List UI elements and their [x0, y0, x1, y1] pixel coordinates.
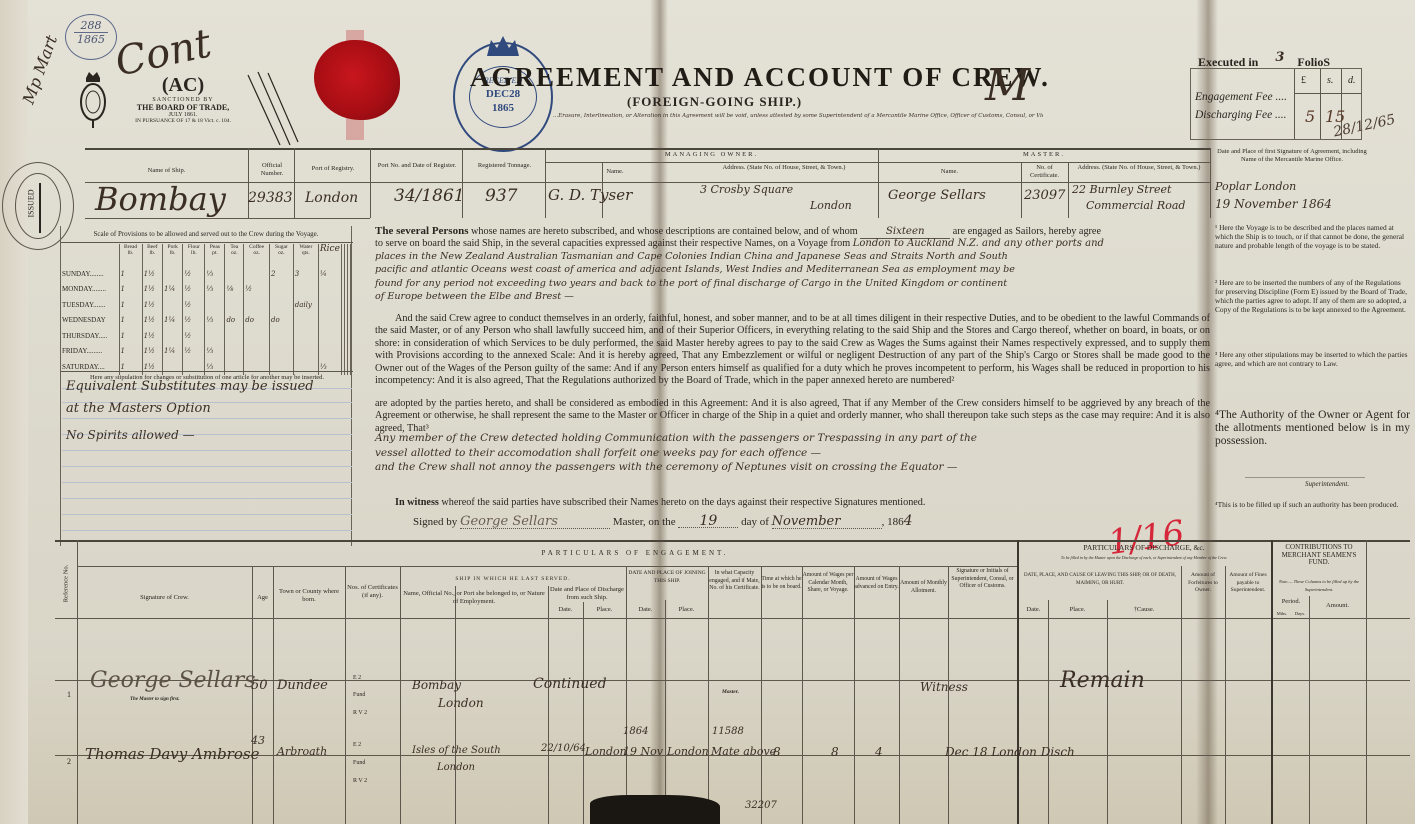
intro-text-3: to serve on board the said Ship, in the …	[375, 238, 850, 249]
alteration-notice: ...Erasure, Interlineation, or Alteratio…	[553, 113, 1043, 119]
stipulation-line: No Spirits allowed —	[66, 428, 195, 442]
discharging-fee-shillings: 5	[1305, 107, 1315, 126]
header-signature: Signature of Crew.	[77, 594, 252, 602]
owner-name: G. D. Tyser	[548, 186, 632, 204]
ration-value	[293, 313, 318, 329]
master-capacity: Master.	[722, 689, 739, 695]
form-code: (AC)	[118, 74, 248, 97]
ration-value: ⅓	[205, 282, 225, 298]
ration-value	[183, 359, 205, 375]
ration-value	[270, 328, 294, 344]
document-subtitle: (FOREIGN-GOING SHIP.)	[627, 94, 802, 110]
time-on-board: 8	[773, 745, 781, 759]
contributions-note: Note.— These Columns to be filled up by …	[1273, 578, 1365, 593]
last-discharge-date: 22/10/64	[541, 743, 586, 754]
ration-value: do	[244, 313, 270, 329]
ration-value	[163, 359, 183, 375]
ration-value: ½	[183, 297, 205, 313]
provisions-row: SATURDAY.... 1 1½ ⅓ ⅓	[61, 359, 353, 375]
header-time-on-board: Time at which he is to be on board.	[761, 576, 802, 591]
ration-value	[244, 266, 270, 282]
ration-value: 1¼	[163, 344, 183, 360]
agreement-body-2: are adopted by the parties hereto, and s…	[375, 398, 1210, 435]
initial-mark: M	[985, 60, 1030, 111]
first-signature-place: Poplar London	[1215, 180, 1296, 193]
provisions-title: Scale of Provisions to be allowed and se…	[61, 226, 351, 238]
wax-seal-icon	[314, 40, 400, 120]
folio-unit: FolioS	[1297, 55, 1330, 69]
number-below: 32207	[745, 800, 777, 811]
last-ship-port: London	[437, 762, 475, 773]
wages: 8	[831, 745, 839, 759]
ration-value	[270, 282, 294, 298]
extra-term-line: and the Crew shall not annoy the passeng…	[375, 461, 957, 473]
ration-value	[163, 266, 183, 282]
footnote-4: ⁴This is to be filled up if such an auth…	[1215, 500, 1410, 509]
header-joining-group: DATE AND PLACE OF JOINING THIS SHIP.	[626, 570, 708, 585]
ration-value: ⅛	[225, 282, 244, 298]
header-last-ship-group: SHIP IN WHICH HE LAST SERVED.	[400, 576, 626, 584]
col-coffee: Coffee oz.	[244, 244, 270, 266]
ink-stain	[590, 795, 720, 824]
witness-line: In witness whereof the said parties have…	[395, 497, 1195, 509]
port-of-registry: London	[305, 190, 358, 206]
col-flour: Flour lb.	[183, 244, 205, 266]
header-last-ship-name: Name, Official No., or Port she belonged…	[400, 590, 548, 605]
executed-label: Executed in	[1198, 55, 1258, 69]
ration-value	[205, 328, 225, 344]
master-on-label: Master, on the	[613, 516, 676, 528]
intro-text-2: are engaged as Sailors, hereby agree	[953, 226, 1101, 237]
header-port-registry: Port of Registry.	[296, 165, 370, 173]
provisions-row: MONDAY........ 1 1½ 1¼ ½ ⅓ ⅛ ½	[61, 282, 353, 298]
header-leaving-group: DATE, PLACE, AND CAUSE OF LEAVING THIS S…	[1019, 572, 1181, 587]
tonnage: 937	[485, 186, 517, 206]
crew-age: 50	[251, 678, 268, 693]
day-label: TUESDAY.......	[61, 297, 119, 313]
signed-day: 19	[678, 515, 738, 528]
footnote-2: ² Here are to be inserted the numbers of…	[1215, 278, 1410, 314]
header-leaving-place: Place.	[1048, 606, 1107, 614]
discharge-remark: Remain	[1060, 668, 1145, 693]
cert-label-e2: E 2	[353, 675, 361, 681]
day-label: WEDNESDAY	[61, 313, 119, 329]
col-bread: Bread lb.	[119, 244, 142, 266]
reference-number: 288	[66, 19, 116, 32]
ration-value	[318, 297, 341, 313]
ration-value: ¼	[318, 266, 341, 282]
fee-col-shillings: s.	[1327, 75, 1333, 86]
ration-value: 1½	[142, 313, 162, 329]
intro-text: whose names are hereto subscribed, and w…	[471, 226, 858, 237]
header-amount: Amount.	[1309, 602, 1366, 610]
crew-signature: George Sellars	[90, 668, 256, 693]
witness-mark: Witness	[920, 680, 968, 694]
allotment: 4	[875, 745, 883, 759]
crew-signature: Thomas Davy Ambrose	[85, 745, 259, 763]
ship-name: Bombay	[95, 180, 226, 218]
witness-text: whereof the said parties have subscribed…	[441, 497, 925, 508]
received-stamp: RECEIVED DEC28 1865	[453, 42, 553, 152]
ration-value: 1¼	[163, 313, 183, 329]
crew-born: Arbroath	[277, 745, 327, 758]
header-days: Days.	[1291, 610, 1309, 618]
header-superintendent-sig: Signature or Initials of Superintendent,…	[948, 568, 1017, 591]
provisions-row: TUESDAY....... 1 1½ ½ daily	[61, 297, 353, 313]
sanction-line-2: THE BOARD OF TRADE,	[118, 103, 248, 112]
ration-value: ⅓	[205, 266, 225, 282]
ration-value	[318, 282, 341, 298]
provisions-table: Bread lb. Beef lb. Pork lb. Flour lb. Pe…	[61, 244, 353, 375]
year-digit: 4	[904, 513, 913, 529]
ration-value: 1½	[142, 359, 162, 375]
reference-circle: 288 1865	[65, 14, 117, 60]
header-allotment: Amount of Monthly Allotment.	[899, 580, 948, 595]
ration-value: 3	[293, 266, 318, 282]
ration-value: 1	[119, 266, 142, 282]
header-last-discharge: Date and Place of Discharge from such Sh…	[548, 586, 626, 601]
ration-value	[270, 359, 294, 375]
header-owner-name: Name.	[545, 168, 685, 176]
discharge-subtitle: To be filled in by the Master upon the D…	[1019, 554, 1269, 562]
fee-col-pounds: £	[1301, 75, 1306, 86]
ration-value	[205, 297, 225, 313]
allotment-authority: ⁴The Authority of the Owner or Agent for…	[1215, 409, 1410, 448]
signed-by-name: George Sellars	[460, 516, 610, 529]
col-peas: Peas pt.	[205, 244, 225, 266]
extra-term-line: Any member of the Crew detected holding …	[375, 432, 977, 444]
ration-value: ½	[183, 282, 205, 298]
crew-born: Dundee	[277, 678, 328, 693]
port-no-date: 34/1861	[394, 186, 465, 206]
col-sugar: Sugar oz.	[270, 244, 294, 266]
ration-value	[270, 344, 294, 360]
header-joining-date: Date.	[626, 606, 665, 614]
header-last-discharge-date: Date.	[548, 606, 583, 614]
day-label: FRIDAY.........	[61, 344, 119, 360]
reference-year: 1865	[74, 32, 108, 46]
header-managing-owner: MANAGING OWNER.	[545, 151, 878, 159]
header-capacity: In what Capacity engaged, and if Mate, N…	[708, 570, 761, 593]
page-edge	[0, 0, 28, 824]
col-beef: Beef lb.	[142, 244, 162, 266]
intro-bold: The several Persons	[375, 225, 468, 237]
signed-line: Signed by George Sellars Master, on the …	[413, 515, 1213, 529]
voyage-line: London to Auckland N.Z. and any other po…	[853, 238, 1104, 249]
side-stamp-text: ISSUED	[27, 189, 36, 217]
ration-value	[318, 344, 341, 360]
header-leaving-date: Date.	[1019, 606, 1048, 614]
joining-year: 1864	[623, 726, 648, 737]
ration-value: 1½	[142, 344, 162, 360]
ration-value: 1	[119, 297, 142, 313]
ration-value: 1½	[142, 297, 162, 313]
engagement-fee-label: Engagement Fee ....	[1195, 91, 1287, 103]
day-label: MONDAY........	[61, 282, 119, 298]
stamp-crown-icon	[485, 34, 521, 60]
year-prefix: , 186	[882, 516, 904, 528]
master-note: The Master to sign first.	[130, 697, 180, 702]
folio-count: 3	[1275, 50, 1284, 65]
cert-label-fund: Fund	[353, 692, 365, 698]
header-tonnage: Registered Tonnage.	[464, 162, 545, 170]
header-age: Age	[252, 594, 273, 602]
contributions-title: CONTRIBUTIONS TO MERCHANT SEAMEN'S FUND.	[1273, 544, 1365, 567]
ration-value	[163, 328, 183, 344]
ration-value	[225, 344, 244, 360]
discharging-fee-label: Discharging Fee ....	[1195, 109, 1287, 121]
ration-value: do	[225, 313, 244, 329]
provisions-row: SUNDAY........ 1 1½ ½ ⅓ 2 3 ¼	[61, 266, 353, 282]
master-name: George Sellars	[888, 188, 986, 203]
ration-value	[244, 297, 270, 313]
voyage-line: found for any period not exceeding two y…	[375, 278, 1007, 289]
header-fines: Amount of Fines payable to Superintenden…	[1225, 572, 1271, 595]
ration-value	[318, 313, 341, 329]
ration-value	[244, 328, 270, 344]
provisions-row: WEDNESDAY 1 1½ 1¼ ½ ⅓ do do do	[61, 313, 353, 329]
ration-value: do	[270, 313, 294, 329]
discharge-title: PARTICULARS OF DISCHARGE, &c.	[1019, 544, 1269, 552]
leaving-details: Dec 18 London Disch	[945, 745, 1075, 759]
cert-label-rv2: R V 2	[353, 778, 367, 784]
owner-address-line-1: 3 Crosby Square	[700, 183, 793, 196]
ration-value	[293, 328, 318, 344]
header-forfeitures: Amount of Forfeitures to Owner.	[1181, 572, 1225, 595]
header-last-discharge-place: Place.	[583, 606, 626, 614]
ration-value: 1½	[142, 328, 162, 344]
master-certificate: 23097	[1024, 188, 1065, 203]
fee-col-pence: d.	[1348, 75, 1356, 86]
provisions-row: FRIDAY......... 1 1½ 1¼ ½ ⅓	[61, 344, 353, 360]
ration-value: ⅓	[205, 359, 225, 375]
ration-value: ½	[244, 282, 270, 298]
ration-value	[225, 359, 244, 375]
ration-value	[293, 359, 318, 375]
provisions-header-row: Bread lb. Beef lb. Pork lb. Flour lb. Pe…	[61, 244, 353, 266]
ration-value: 2	[270, 266, 294, 282]
header-leaving-cause: †Cause.	[1107, 606, 1181, 614]
ration-value: ½	[183, 328, 205, 344]
joining-date: 19 Nov	[623, 745, 663, 758]
ration-value: 1¼	[163, 282, 183, 298]
last-discharge-place: London	[585, 745, 627, 758]
cert-label-fund: Fund	[353, 760, 365, 766]
last-discharge: Continued	[533, 676, 607, 692]
certificate-number: 11588	[712, 726, 744, 737]
ration-value: ⅓	[205, 313, 225, 329]
first-signature-date: 19 November 1864	[1215, 197, 1332, 211]
footnote-1: ¹ Here the Voyage is to be described and…	[1215, 223, 1410, 250]
last-ship: Isles of the South	[412, 745, 501, 756]
day-label: THURSDAY.....	[61, 328, 119, 344]
document-title: AGREEMENT AND ACCOUNT OF CREW.	[470, 62, 1050, 93]
master-address-line-1: 22 Burnley Street	[1072, 183, 1171, 196]
row-ref: 1	[67, 690, 71, 699]
ration-value: ⅓	[318, 359, 341, 375]
ration-value: 1½	[142, 266, 162, 282]
capacity: Mate above	[711, 745, 776, 758]
ration-value: ⅓	[205, 344, 225, 360]
ration-value	[270, 297, 294, 313]
owner-address-line-2: London	[810, 199, 852, 212]
header-master: MASTER.	[878, 151, 1210, 159]
ration-value: 1	[119, 344, 142, 360]
royal-crest-icon	[80, 70, 106, 132]
header-born: Town or County where born.	[273, 588, 345, 603]
sanction-line-4: IN PURSUANCE OF 17 & 18 Vict. c. 104.	[118, 118, 248, 124]
ration-value: ½	[183, 313, 205, 329]
header-certificates: Nos. of Certificates (if any).	[345, 584, 400, 599]
day-label: SUNDAY........	[61, 266, 119, 282]
stamp-year: 1865	[455, 102, 551, 114]
master-address-line-2: Commercial Road	[1086, 199, 1185, 212]
ration-value	[293, 282, 318, 298]
ration-value: 1	[119, 313, 142, 329]
ration-value: ½	[183, 344, 205, 360]
ration-value	[225, 297, 244, 313]
header-months: Mths.	[1273, 610, 1291, 618]
crew-table: Reference No. PARTICULARS OF ENGAGEMENT.…	[55, 540, 1415, 824]
col-rice: Rice	[318, 244, 341, 266]
cert-label-rv2: R V 2	[353, 710, 367, 716]
ration-value: ½	[183, 266, 205, 282]
ration-value: 1½	[142, 282, 162, 298]
col-pork: Pork lb.	[163, 244, 183, 266]
ration-value: daily	[293, 297, 318, 313]
header-master-address: Address. (State No. of House, Street, & …	[1068, 164, 1210, 172]
cert-label-e2: E 2	[353, 742, 361, 748]
voyage-line: of Europe between the Elbe and Brest —	[375, 291, 574, 302]
row-ref: 2	[67, 757, 71, 766]
joining-place: London	[667, 745, 709, 758]
last-ship-port: London	[438, 696, 484, 710]
ration-value	[225, 266, 244, 282]
pen-strokes	[240, 70, 310, 150]
header-joining-place: Place.	[665, 606, 708, 614]
ration-value	[244, 344, 270, 360]
voyage-line: pacific and atlantic Oceans west coast o…	[375, 264, 1015, 275]
signed-by-label: Signed by	[413, 516, 457, 528]
header-owner-address: Address. (State No. of House, Street, & …	[690, 164, 878, 172]
col-tea: Tea oz.	[225, 244, 244, 266]
stipulation-line: at the Masters Option	[66, 401, 211, 416]
footnote-3: ³ Here any other stipulations may be ins…	[1215, 350, 1410, 368]
ration-value: 1	[119, 328, 142, 344]
day-label: SATURDAY....	[61, 359, 119, 375]
witness-bold: In witness	[395, 497, 439, 508]
crew-age: 43	[251, 734, 265, 747]
ration-value	[225, 328, 244, 344]
ration-value: 1	[119, 282, 142, 298]
ration-value: 1	[119, 359, 142, 375]
agreement-body-1: And the said Crew agree to conduct thems…	[375, 313, 1210, 387]
header-master-certificate: No. of Certificate.	[1021, 164, 1068, 179]
superintendent-label: Superintendent.	[1305, 480, 1349, 488]
header-master-name: Name.	[878, 168, 1021, 176]
header-period: Period.	[1273, 598, 1309, 606]
header-advance: Amount of Wages advanced on Entry.	[854, 576, 899, 591]
crew-agreement-document: 288 1865 Cont Mp Mart (AC) SANCTIONED BY…	[0, 0, 1415, 824]
official-number: 29383	[248, 190, 293, 206]
header-ref-no: Reference No.	[62, 565, 69, 603]
stipulation-line: Equivalent Substitutes may be issued	[66, 379, 314, 394]
agreement-intro-line-2: to serve on board the said Ship, in the …	[375, 238, 1210, 250]
provisions-row: THURSDAY..... 1 1½ ½	[61, 328, 353, 344]
header-port-no-date: Port No. and Date of Register.	[372, 162, 462, 170]
header-ship-name: Name of Ship.	[85, 167, 248, 175]
header-wages: Amount of Wages per Calendar Month, Shar…	[802, 572, 854, 595]
header-first-signature: Date and Place of first Signature of Agr…	[1212, 148, 1372, 163]
extra-term-line: vessel allotted to their accomodation sh…	[375, 447, 821, 459]
ration-value	[293, 344, 318, 360]
executed-folios: Executed in 3 FolioS	[1198, 50, 1330, 70]
ration-value	[244, 359, 270, 375]
form-sanction-block: (AC) SANCTIONED BY THE BOARD OF TRADE, J…	[118, 74, 248, 124]
day-of-label: day of	[741, 516, 769, 528]
signed-month: November	[772, 516, 882, 529]
ration-value	[318, 328, 341, 344]
col-water: Water qts.	[293, 244, 318, 266]
last-ship: Bombay	[412, 678, 461, 692]
header-official-number: Official Number.	[250, 162, 294, 177]
voyage-line: places in the New Zealand Australian Tas…	[375, 251, 1008, 262]
ration-value	[163, 297, 183, 313]
engagement-title: PARTICULARS OF ENGAGEMENT.	[455, 550, 815, 558]
